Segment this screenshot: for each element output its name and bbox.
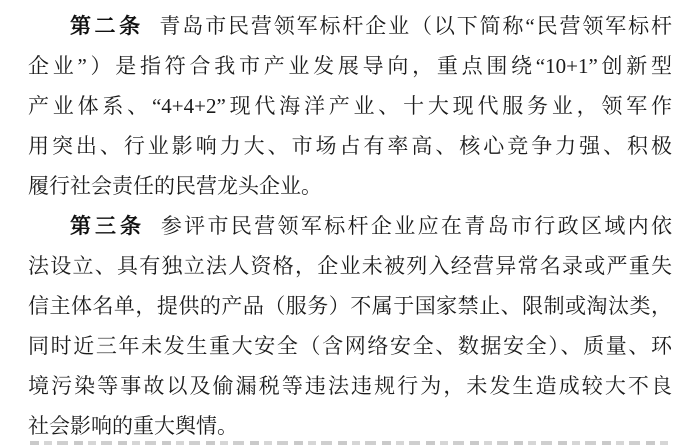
text-line: 境污染等事故以及偷漏税等违法违规行为，未发生造成较大不良 [28,366,672,406]
text-line: 第二条青岛市民营领军标杆企业（以下简称“民营领军标杆 [28,6,672,46]
text-line: 用突出、行业影响力大、市场占有率高、核心竞争力强、积极 [28,126,672,166]
paragraph-article-3: 第三条参评市民营领军标杆企业应在青岛市行政区域内依 法设立、具有独立法人资格，企… [28,206,672,445]
article-number-label: 第三条 [70,215,145,238]
text-run: 青岛市民营领军标杆企业（以下简称“民营领军标杆 [159,14,672,38]
text-line: 法设立、具有独立法人资格，企业未被列入经营异常名录或严重失 [28,246,672,286]
article-number-label: 第二条 [70,15,144,38]
text-line: 同时近三年未发生重大安全（含网络安全、数据安全）、质量、环 [28,326,672,366]
text-line: 第三条参评市民营领军标杆企业应在青岛市行政区域内依 [28,206,672,246]
document-page: 第二条青岛市民营领军标杆企业（以下简称“民营领军标杆 企业”）是指符合我市产业发… [0,0,700,445]
text-line: 产业体系、“4+4+2”现代海洋产业、十大现代服务业，领军作 [28,86,672,126]
text-run: 参评市民营领军标杆企业应在青岛市行政区域内依 [161,214,672,238]
cropped-next-line-sliver [30,441,670,445]
text-line: 履行社会责任的民营龙头企业。 [28,166,672,206]
text-line: 企业”）是指符合我市产业发展导向，重点围绕“10+1”创新型 [28,46,672,86]
text-line: 社会影响的重大舆情。 [28,406,672,445]
paragraph-article-2: 第二条青岛市民营领军标杆企业（以下简称“民营领军标杆 企业”）是指符合我市产业发… [28,6,672,206]
text-line: 信主体名单，提供的产品（服务）不属于国家禁止、限制或淘汰类， [28,286,672,326]
